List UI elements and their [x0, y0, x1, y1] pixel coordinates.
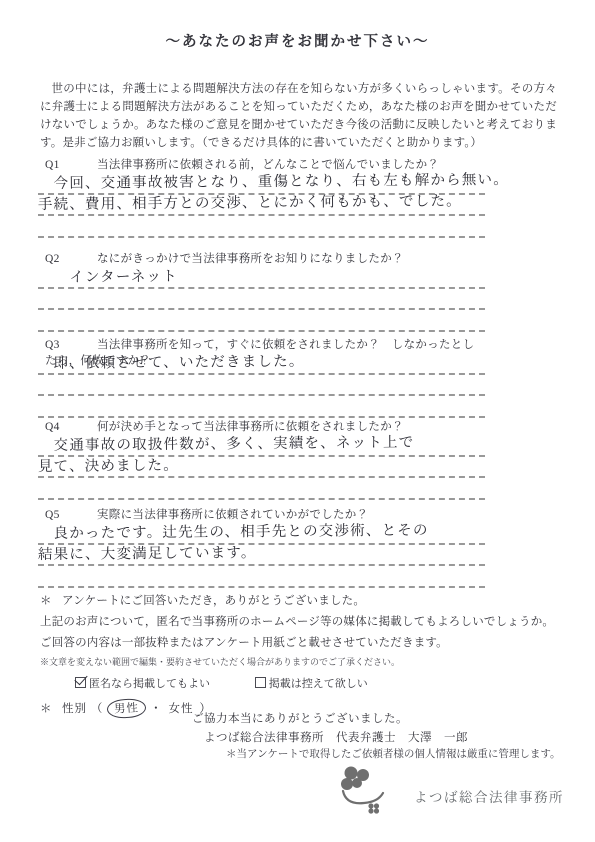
- answer-line[interactable]: [38, 478, 485, 500]
- handwritten-answer: 交通事故の取扱件数が、多く、実績を、ネット上で: [38, 430, 415, 454]
- asterisk-marker: ＊: [40, 700, 62, 716]
- gender-option-male[interactable]: 男性: [107, 698, 147, 719]
- consent-edit-note: ※文章を変えない範囲で編集・要約させていただく場合がありますのでご了承ください。: [40, 655, 560, 668]
- consent-thanks-line: ＊アンケートにご回答いただき，ありがとうございました。: [40, 592, 560, 608]
- handwritten-answer: 手続、費用、相手方との交渉、とにかく何もかも、でした。: [38, 189, 462, 214]
- answer-line[interactable]: インターネット: [38, 267, 485, 289]
- answer-line[interactable]: [38, 396, 485, 418]
- question-number: Q3: [45, 339, 97, 351]
- question-number: Q2: [45, 253, 97, 265]
- answer-line[interactable]: 見て、決めました。: [38, 457, 485, 479]
- handwritten-answer: 見て、決めました。: [38, 454, 179, 476]
- question-block-q4: Q4何が決め手となって当法律事務所に依頼をされましたか？ 交通事故の取扱件数が、…: [38, 418, 485, 500]
- answer-line[interactable]: [38, 289, 485, 311]
- asterisk-marker: ＊: [40, 592, 62, 608]
- gender-separator: ・: [150, 703, 163, 715]
- option-anonymous-ok[interactable]: 匿名なら掲載してもよい: [75, 678, 213, 690]
- intro-paragraph: 世の中には，弁護士による問題解決方法の存在を知らない方が多くいらっしゃいます。そ…: [40, 80, 557, 152]
- answer-line[interactable]: 良かったです。辻先生の、相手先との交渉術、とその: [38, 523, 485, 545]
- checkbox-icon[interactable]: [75, 677, 86, 688]
- answer-line[interactable]: 結果に、大変満足しています。: [38, 545, 485, 567]
- page-title: 〜あなたのお声をお聞かせ下さい〜: [0, 30, 595, 51]
- question-block-q3: Q3当法律事務所を知って，すぐに依頼をされましたか？ しなかったとしたら，何故で…: [38, 336, 485, 418]
- answer-line[interactable]: [38, 216, 485, 238]
- question-number: Q5: [45, 509, 97, 521]
- answer-line[interactable]: [38, 566, 485, 588]
- firm-signature: よつば総合法律事務所 代表弁護士 大澤 一郎: [204, 729, 468, 745]
- question-block-q5: Q5実際に当法律事務所に依頼されていかがでしたか？ 良かったです。辻先生の、相手…: [38, 506, 485, 588]
- consent-publish-question: 上記のお声について，匿名で当事務所のホームページ等の媒体に掲載してもよろしいでし…: [40, 613, 560, 629]
- question-block-q1: Q1当法律事務所に依頼される前，どんなことで悩んでいましたか？ 今回、交通事故被…: [38, 156, 485, 238]
- four-leaf-clover-icon: [338, 764, 400, 819]
- answer-line[interactable]: 手続、費用、相手方との交渉、とにかく何もかも、でした。: [38, 195, 485, 217]
- handwritten-answer: 良かったです。辻先生の、相手先との交渉術、とその: [38, 518, 429, 542]
- option-label: 掲載は控えて欲しい: [269, 678, 368, 690]
- consent-publish-detail: ご回答の内容は一部抜粋またはアンケート用紙ごと載せさせていただきます。: [40, 634, 560, 650]
- firm-logo-text: よつば総合法律事務所: [414, 786, 564, 806]
- handwritten-answer: インターネット: [38, 264, 178, 286]
- question-block-q2: Q2なにがきっかけで当法律事務所をお知りになりましたか？ インターネット: [38, 250, 485, 332]
- option-label: 匿名なら掲載してもよい: [89, 678, 210, 690]
- survey-page: 〜あなたのお声をお聞かせ下さい〜 世の中には，弁護士による問題解決方法の存在を知…: [0, 0, 595, 842]
- option-no-publish[interactable]: 掲載は控えて欲しい: [255, 678, 368, 690]
- question-text: なにがきっかけで当法律事務所をお知りになりましたか？: [97, 253, 404, 265]
- checkbox-icon[interactable]: [255, 677, 266, 688]
- consent-section: ＊アンケートにご回答いただき，ありがとうございました。 上記のお声について，匿名…: [40, 592, 560, 718]
- paren-open: （: [91, 703, 104, 715]
- publish-options-row: 匿名なら掲載してもよい 掲載は控えて欲しい: [40, 675, 560, 691]
- handwritten-answer: 即、依頼させて、いただきました。: [38, 349, 305, 372]
- answer-line[interactable]: [38, 375, 485, 397]
- question-number: Q4: [45, 421, 97, 433]
- privacy-note: ＊当アンケートで取得したご依頼者様の個人情報は厳重に管理します。: [226, 746, 561, 761]
- closing-thanks: ご協力本当にありがとうございました。: [192, 710, 408, 726]
- answer-line[interactable]: 即、依頼させて、いただきました。: [38, 353, 485, 375]
- question-number: Q1: [45, 159, 97, 171]
- answer-line[interactable]: 交通事故の取扱件数が、多く、実績を、ネット上で: [38, 435, 485, 457]
- handwritten-answer: 結果に、大変満足しています。: [38, 541, 257, 564]
- answer-line[interactable]: [38, 310, 485, 332]
- gender-label: 性別: [62, 703, 87, 715]
- consent-thanks-text: アンケートにご回答いただき，ありがとうございました。: [62, 595, 365, 607]
